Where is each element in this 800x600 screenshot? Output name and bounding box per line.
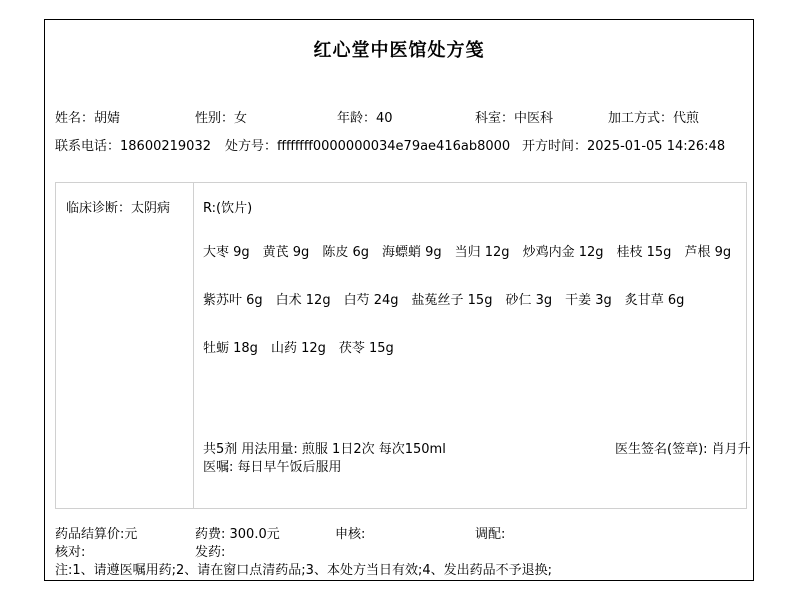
processing-method-label: 加工方式： [608, 111, 673, 126]
prescription-number-value: ffffffff0000000034e79ae416ab8000 [277, 139, 510, 154]
issue-drug-field: 发药: [195, 541, 225, 560]
medicine-item: 芦根 9g [684, 241, 731, 260]
prescription-time-label: 开方时间： [522, 139, 587, 154]
usage-block: 共5剂 用法用量: 煎服 1日2次 每次150ml 医嘱: 每日早午饭后服用 [203, 441, 446, 477]
medicine-item: 白芍 24g [344, 289, 399, 308]
medicine-item: 紫苏叶 6g [203, 289, 263, 308]
doctor-signature-value: 肖月升 [712, 442, 751, 457]
drug-fee-label: 药费: [195, 527, 230, 542]
prescription-table: 临床诊断：太阴病 R:(饮片) 大枣 9g黄芪 9g陈皮 6g海螵蛸 9g当归 … [55, 182, 747, 509]
diagnosis-cell: 临床诊断：太阴病 [56, 183, 194, 508]
prescription-number-field: 处方号：ffffffff0000000034e79ae416ab8000 [225, 135, 510, 154]
medicine-item: 大枣 9g [203, 241, 250, 260]
contact-phone-value: 18600219032 [120, 139, 211, 154]
clinical-diagnosis-label: 临床诊断： [66, 201, 131, 216]
patient-age-value: 40 [376, 111, 393, 126]
medicine-item: 当归 12g [455, 241, 510, 260]
patient-name-field: 姓名：胡婧 [55, 107, 120, 126]
patient-name-value: 胡婧 [94, 111, 120, 126]
settlement-price-label: 药品结算价: [55, 527, 124, 542]
patient-name-label: 姓名： [55, 111, 94, 126]
prescription-sheet: 红心堂中医馆处方笺 姓名：胡婧 性别：女 年龄：40 科室：中医科 加工方式：代… [44, 19, 754, 581]
medicine-item: 桂枝 15g [617, 241, 672, 260]
usage-dosage-line: 共5剂 用法用量: 煎服 1日2次 每次150ml [203, 441, 446, 459]
settlement-price-field: 药品结算价:元 [55, 523, 137, 542]
settlement-price-value: 元 [124, 527, 137, 542]
rx-body-cell: R:(饮片) 大枣 9g黄芪 9g陈皮 6g海螵蛸 9g当归 12g炒鸡内金 1… [195, 183, 746, 508]
patient-department-value: 中医科 [514, 111, 553, 126]
patient-age-field: 年龄：40 [337, 107, 393, 126]
medicine-item: 干姜 3g [565, 289, 612, 308]
medicine-item: 山药 12g [271, 337, 326, 356]
clinical-diagnosis-value: 太阴病 [131, 201, 170, 216]
prescription-screen: { "page": { "title": "红心堂中医馆处方笺" }, "pat… [0, 0, 800, 600]
rx-header: R:(饮片) [203, 197, 252, 216]
medicine-item: 茯苓 15g [339, 337, 394, 356]
medicine-item: 黄芪 9g [263, 241, 310, 260]
medicine-item: 陈皮 6g [322, 241, 369, 260]
medicine-item: 牡蛎 18g [203, 337, 258, 356]
doctor-advice-line: 医嘱: 每日早午饭后服用 [203, 459, 446, 477]
medicine-line-3: 牡蛎 18g山药 12g茯苓 15g [203, 337, 738, 356]
dispense-prepare-label: 调配: [475, 527, 505, 542]
prescription-number-label: 处方号： [225, 139, 277, 154]
patient-age-label: 年龄： [337, 111, 376, 126]
medicine-item: 海螵蛸 9g [382, 241, 442, 260]
page-title: 红心堂中医馆处方笺 [45, 36, 753, 62]
dispense-prepare-field: 调配: [475, 523, 505, 542]
processing-method-field: 加工方式：代煎 [608, 107, 699, 126]
medicine-item: 白术 12g [276, 289, 331, 308]
patient-department-field: 科室：中医科 [475, 107, 553, 126]
medicine-item: 盐菟丝子 15g [412, 289, 493, 308]
medicine-item: 炙甘草 6g [625, 289, 685, 308]
drug-fee-value: 300.0元 [230, 527, 280, 542]
review-field: 申核: [335, 523, 365, 542]
medicine-line-2: 紫苏叶 6g白术 12g白芍 24g盐菟丝子 15g砂仁 3g干姜 3g炙甘草 … [203, 289, 738, 308]
patient-department-label: 科室： [475, 111, 514, 126]
contact-phone-field: 联系电话：18600219032 [55, 135, 211, 154]
medicine-item: 砂仁 3g [505, 289, 552, 308]
footer-note: 注:1、请遵医嘱用药;2、请在窗口点清药品;3、本处方当日有效;4、发出药品不予… [55, 559, 745, 578]
processing-method-value: 代煎 [673, 111, 699, 126]
check-field: 核对: [55, 541, 85, 560]
medicine-item: 炒鸡内金 12g [523, 241, 604, 260]
doctor-signature-field: 医生签名(签章): 肖月升 [615, 441, 793, 459]
drug-fee-field: 药费: 300.0元 [195, 523, 280, 542]
check-label: 核对: [55, 545, 85, 560]
review-label: 申核: [335, 527, 365, 542]
patient-gender-label: 性别： [195, 111, 234, 126]
doctor-signature-label: 医生签名(签章): [615, 442, 712, 457]
prescription-time-field: 开方时间：2025-01-05 14:26:48 [522, 135, 725, 154]
issue-drug-label: 发药: [195, 545, 225, 560]
clinical-diagnosis-field: 临床诊断：太阴病 [66, 197, 170, 216]
patient-gender-field: 性别：女 [195, 107, 247, 126]
medicine-line-1: 大枣 9g黄芪 9g陈皮 6g海螵蛸 9g当归 12g炒鸡内金 12g桂枝 15… [203, 241, 738, 260]
contact-phone-label: 联系电话： [55, 139, 120, 154]
patient-gender-value: 女 [234, 111, 247, 126]
prescription-time-value: 2025-01-05 14:26:48 [587, 139, 725, 154]
